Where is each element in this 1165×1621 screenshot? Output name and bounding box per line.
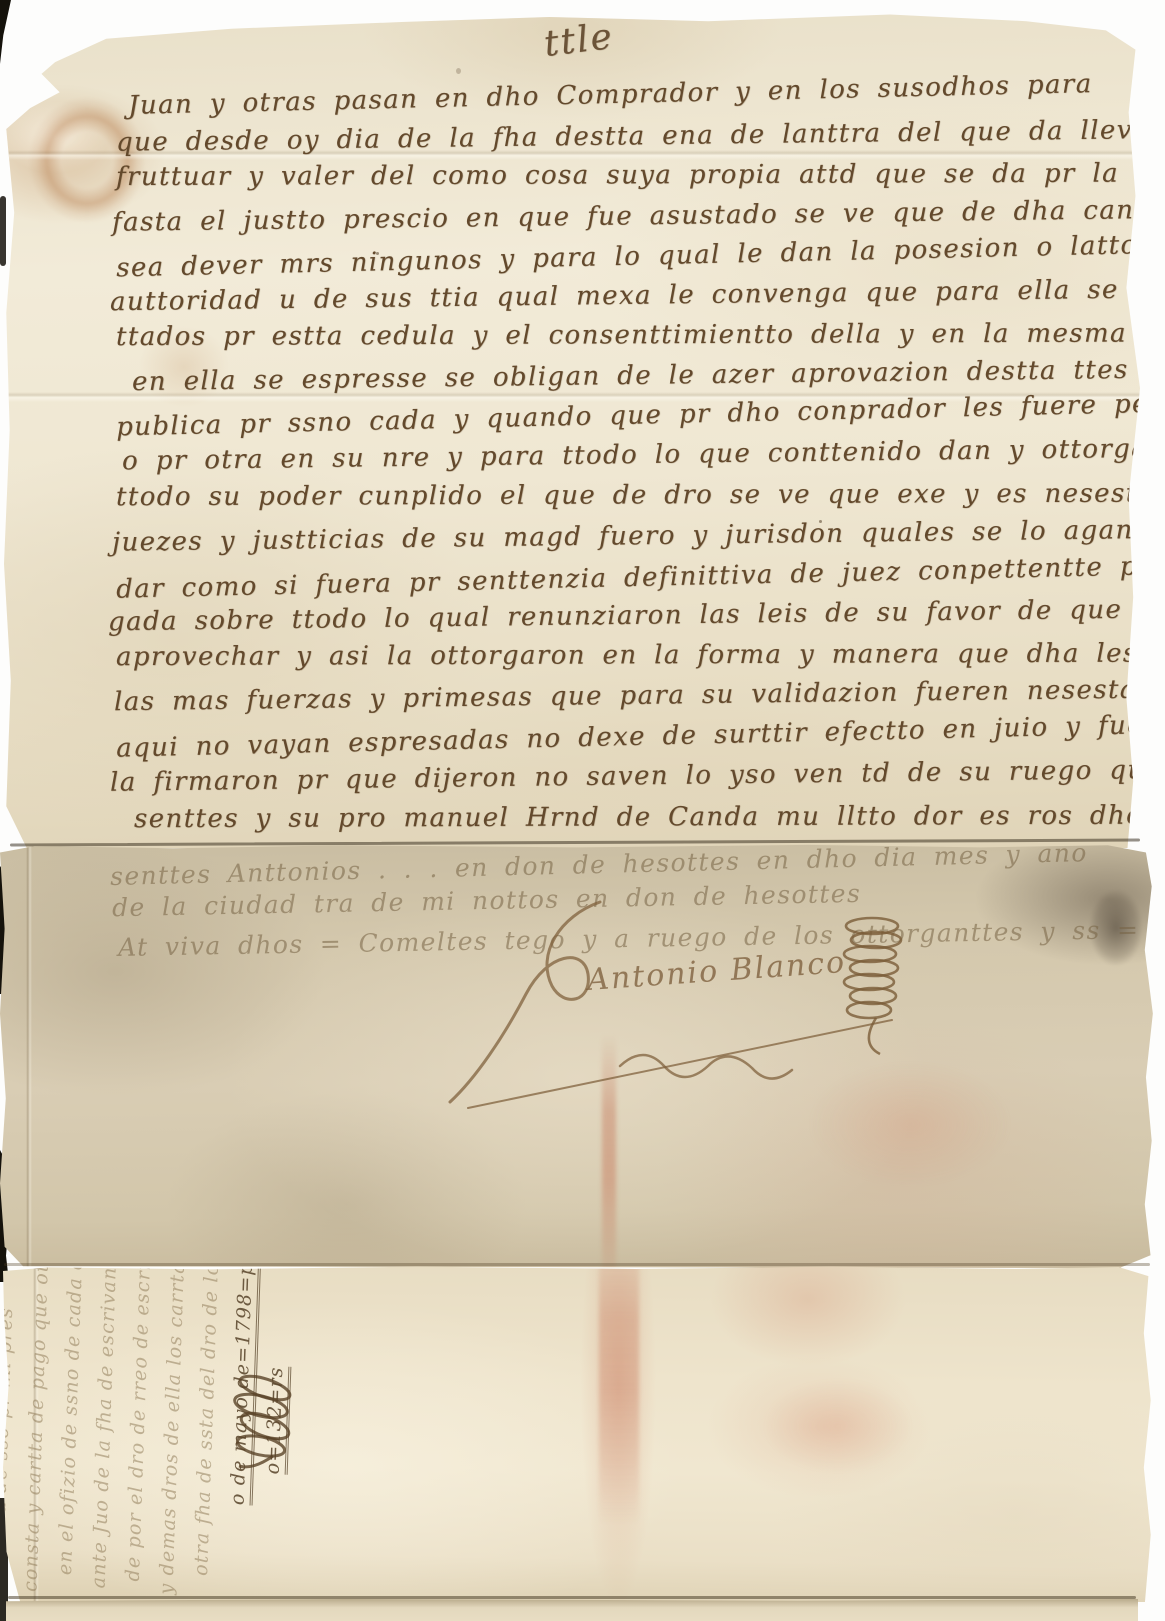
signature-block: Antonio Blanco [440,890,910,1140]
rubric-flourish-icon [450,902,892,1108]
ink-scribble-icon [221,1374,307,1474]
margin-line: ante Juo de la fha de escrivano [87,1266,121,1597]
handwriting-line: en ella se espresse se obligan de le aze… [132,353,1140,397]
fold-shadow-line [8,1596,1136,1599]
spiral-coil-icon [844,918,901,1054]
handwriting-line: o pr otra en su nre y para ttodo lo que … [122,434,1140,477]
margin-line: y demas dros de ella los carrtales con [155,1268,189,1599]
handwriting-line: ttodo su poder cunplido el que de dro se… [116,478,1140,512]
handwriting-line: senttes y su pro manuel Hrnd de Canda mu… [134,800,1140,834]
margin-line: de por el dro de rreo de escrivania [121,1267,155,1598]
handwriting-line: Juan y otras pasan en dho Comprador y en… [128,69,1093,121]
handwriting-line: ttados pr estta cedula y el consenttimie… [116,318,1140,352]
red-streak-stain [599,1266,639,1526]
pink-blush-stain [743,1366,933,1486]
margin-line: otra fha de ssta del dro de los [189,1270,223,1601]
margin-line: en el ofizio de ssno de cada dia [53,1266,87,1595]
ink-speck [456,68,461,74]
upper-sheet: ttle Juan y otras pasan en dho Comprador… [4,12,1140,848]
middle-sheet: senttes Anttonios . . . en don de hesott… [0,844,1154,1268]
handwriting-line: fasta el justto prescio en que fue asust… [112,192,1140,238]
handwriting-line: juezes y justticias de su magd fuero y j… [112,512,1140,557]
vertical-crease [26,844,32,1268]
notarial-head-mark: ttle [542,16,616,65]
handwriting-line: fruttuar y valer del como cosa suya prop… [116,158,1140,192]
fold-shadow-line [4,1263,1150,1266]
handwriting-line: las mas fuerzas y primesas que para su v… [114,673,1140,717]
lower-sheet: Va data de sso pr mi pres consta y cartt… [3,1266,1153,1602]
dark-edge-sliver [0,196,6,266]
bottom-fold-strip [6,1599,1138,1621]
dark-edge-sliver [0,0,11,64]
signature-name: Antonio Blanco [583,945,847,998]
handwriting-line: aprovechar y asi la ottorgaron en la for… [116,638,1140,672]
manuscript-scan: ttle Juan y otras pasan en dho Comprador… [0,0,1165,1621]
margin-line: consta y cartta de pago que otorgo [19,1266,53,1594]
